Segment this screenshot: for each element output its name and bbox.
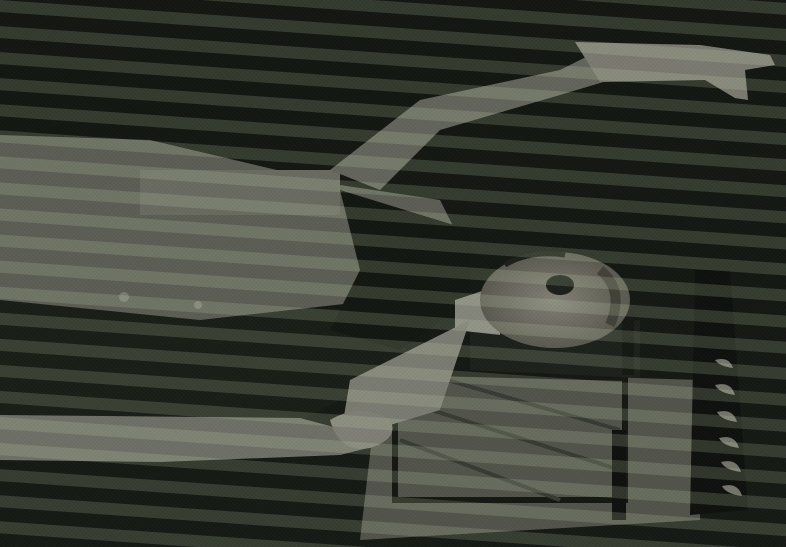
film-still-photo	[0, 0, 786, 547]
blind-shadows	[0, 0, 786, 547]
scene-illustration	[0, 0, 786, 547]
